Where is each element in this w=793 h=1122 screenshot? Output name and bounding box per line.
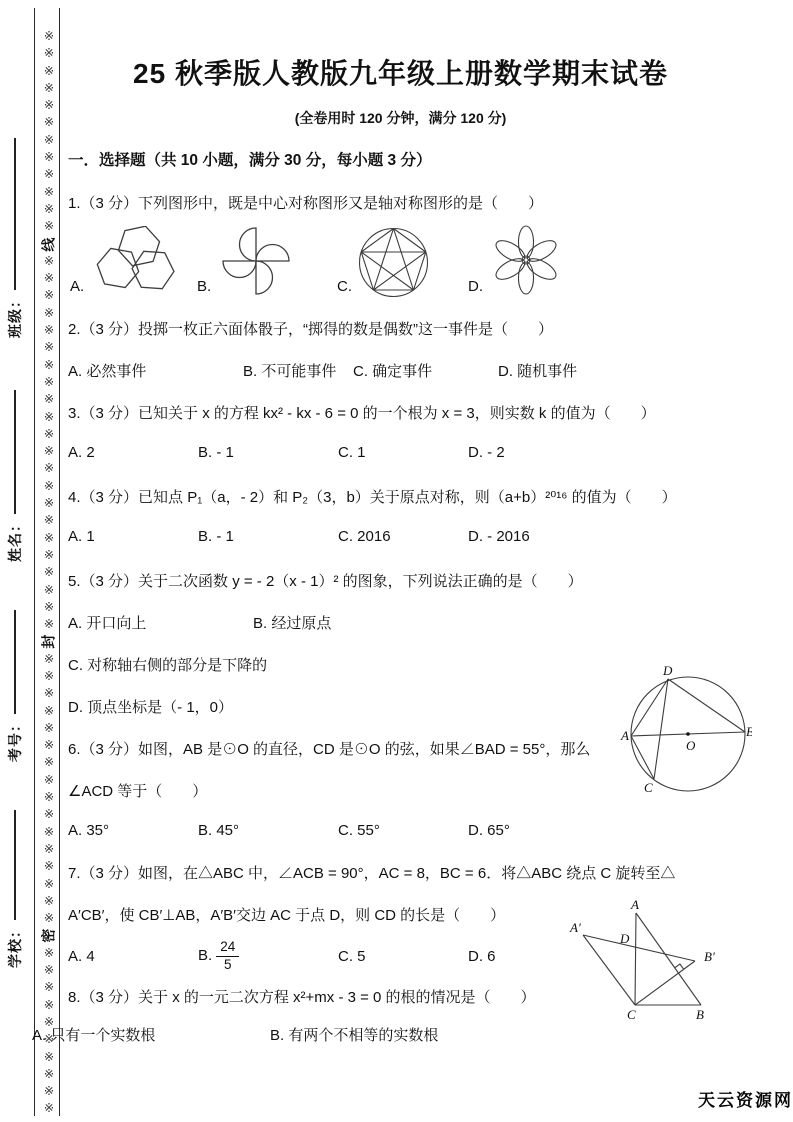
seal-mark: ※	[36, 443, 62, 460]
seal-marks-column: ※※※※※※※※※※※※线※※※※※※※※※※※※※※※※※※※※※※封※※※※…	[36, 28, 62, 1118]
seal-mark: ※	[36, 997, 62, 1014]
q8-option-b: B. 有两个不相等的实数根	[270, 1024, 438, 1045]
figure-q1-b-pinwheel	[220, 220, 292, 298]
q7-option-b-label: B.	[198, 947, 212, 964]
seal-mark: ※	[36, 806, 62, 823]
q5-option-a: A. 开口向上	[68, 612, 253, 633]
page-subtitle: (全卷用时 120 分钟，满分 120 分)	[68, 108, 733, 128]
q3-option-c: C. 1	[338, 444, 468, 461]
seal-mark: ※	[36, 495, 62, 512]
q3-option-d: D. - 2	[468, 444, 505, 461]
school-fill-line	[14, 810, 15, 920]
seal-mark: ※	[36, 184, 62, 201]
seal-mark: ※	[36, 305, 62, 322]
seal-mark: ※	[36, 270, 62, 287]
seal-mark: ※	[36, 391, 62, 408]
q6-option-d: D. 65°	[468, 822, 510, 839]
seal-mark: ※	[36, 322, 62, 339]
seal-mark: ※	[36, 1066, 62, 1083]
name-label: 姓名：	[5, 517, 25, 562]
figure-q1-c-pentagram	[356, 226, 432, 298]
exam-number-fill-line	[14, 610, 15, 714]
q6-point-a-label: A	[620, 728, 629, 743]
q2-option-a: A. 必然事件	[68, 360, 243, 381]
question-4-options: A. 1 B. - 1 C. 2016 D. - 2016	[68, 528, 530, 545]
seal-mark: ※	[36, 547, 62, 564]
question-2-text: 2.（3 分）投掷一枚正六面体骰子，“掷得的数是偶数”这一事件是（ ）	[68, 318, 553, 339]
school-label: 学校：	[5, 923, 25, 968]
seal-mark: ※	[36, 668, 62, 685]
seal-mark: ※	[36, 478, 62, 495]
fraction-denominator: 5	[216, 957, 239, 973]
seal-mark: ※	[36, 28, 62, 45]
seal-mark: ※	[36, 460, 62, 477]
q4-option-b: B. - 1	[198, 528, 338, 545]
question-7-options: A. 4 B.245 C. 5 D. 6	[68, 938, 496, 974]
seal-mark: ※	[36, 564, 62, 581]
seal-mark: ※	[36, 512, 62, 529]
figure-q6-circle-diagram: A B D C O	[620, 666, 752, 798]
question-7-text-line2: A′CB′，使 CB′⊥AB，A′B′交边 AC 于点 D，则 CD 的长是（ …	[68, 904, 505, 925]
seal-mark: ※	[36, 114, 62, 131]
q6-option-a: A. 35°	[68, 822, 198, 839]
figure-q1-a-hexagons	[93, 226, 179, 292]
seal-mark: ※	[36, 703, 62, 720]
seal-mark: ※	[36, 841, 62, 858]
seal-mark: ※	[36, 1100, 62, 1117]
q6-center-o-label: O	[686, 738, 696, 753]
q3-option-b: B. - 1	[198, 444, 338, 461]
seal-mark: ※	[36, 582, 62, 599]
watermark: 天云资源网	[698, 1086, 793, 1111]
q7-point-c-label: C	[627, 1007, 636, 1022]
exam-number-label: 考号：	[5, 717, 25, 762]
seal-char: 密	[40, 923, 57, 949]
seal-mark: ※	[36, 287, 62, 304]
q1-option-d-label: D.	[468, 278, 483, 295]
question-6-options: A. 35° B. 45° C. 55° D. 65°	[68, 822, 510, 839]
seal-mark: ※	[36, 754, 62, 771]
question-6-text-line2: ∠ACD 等于（ ）	[68, 780, 207, 801]
question-8-text: 8.（3 分）关于 x 的一元二次方程 x²+mx - 3 = 0 的根的情况是…	[68, 986, 536, 1007]
q5-option-b: B. 经过原点	[253, 612, 331, 633]
q2-option-c: C. 确定事件	[353, 360, 498, 381]
question-7-text-line1: 7.（3 分）如图，在△ABC 中，∠ACB = 90°，AC = 8，BC =…	[68, 862, 675, 883]
q4-option-d: D. - 2016	[468, 528, 530, 545]
seal-mark: ※	[36, 876, 62, 893]
q7-option-d: D. 6	[468, 948, 496, 965]
seal-mark: ※	[36, 426, 62, 443]
seal-mark: ※	[36, 824, 62, 841]
figure-q1-d-flower	[490, 220, 562, 300]
seal-mark: ※	[36, 357, 62, 374]
seal-mark: ※	[36, 685, 62, 702]
q4-option-a: A. 1	[68, 528, 198, 545]
q5-option-c: C. 对称轴右侧的部分是下降的	[68, 654, 267, 675]
seal-char: 线	[40, 231, 57, 257]
seal-mark: ※	[36, 166, 62, 183]
question-5-options-ab: A. 开口向上 B. 经过原点	[68, 612, 331, 633]
seal-mark: ※	[36, 63, 62, 80]
seal-mark: ※	[36, 599, 62, 616]
seal-mark: ※	[36, 530, 62, 547]
q7-option-c: C. 5	[338, 948, 468, 965]
class-label: 班级：	[5, 293, 25, 338]
question-5-text: 5.（3 分）关于二次函数 y = - 2（x - 1）² 的图象，下列说法正确…	[68, 570, 583, 591]
q6-point-b-label: B	[746, 724, 752, 739]
q6-point-d-label: D	[662, 666, 673, 678]
seal-mark: ※	[36, 201, 62, 218]
seal-mark: ※	[36, 339, 62, 356]
fraction-numerator: 24	[216, 940, 239, 957]
seal-mark: ※	[36, 737, 62, 754]
q1-option-a-label: A.	[70, 278, 84, 295]
seal-mark: ※	[36, 149, 62, 166]
exam-paper: { "page": { "title": "25 秋季版人教版九年级上册数学期末…	[0, 0, 793, 1122]
q6-option-c: C. 55°	[338, 822, 468, 839]
seal-mark: ※	[36, 80, 62, 97]
page-title: 25 秋季版人教版九年级上册数学期末试卷	[68, 52, 733, 92]
q2-option-d: D. 随机事件	[498, 360, 577, 381]
seal-mark: ※	[36, 979, 62, 996]
seal-mark: ※	[36, 858, 62, 875]
class-fill-line	[14, 138, 15, 290]
seal-mark: ※	[36, 45, 62, 62]
q8-option-a: A. 只有一个实数根	[32, 1024, 270, 1045]
q7-option-b: B.245	[198, 940, 338, 972]
seal-mark: ※	[36, 962, 62, 979]
q5-option-d: D. 顶点坐标是（- 1，0）	[68, 696, 233, 717]
q7-point-d-label: D	[619, 931, 630, 946]
sidebar-field-class: 班级：	[6, 138, 24, 338]
q7-point-b-label: B	[696, 1007, 704, 1022]
q6-option-b: B. 45°	[198, 822, 338, 839]
q3-option-a: A. 2	[68, 444, 198, 461]
q4-option-c: C. 2016	[338, 528, 468, 545]
sidebar-field-school: 学校：	[6, 810, 24, 968]
q1-option-b-label: B.	[197, 278, 211, 295]
figure-q7-triangle-diagram: A A′ D B′ C B	[568, 898, 793, 1022]
seal-mark: ※	[36, 409, 62, 426]
seal-mark: ※	[36, 772, 62, 789]
question-4-text: 4.（3 分）已知点 P₁（a，- 2）和 P₂（3，b）关于原点对称，则（a+…	[68, 486, 677, 507]
seal-mark: ※	[36, 374, 62, 391]
question-6-text-line1: 6.（3 分）如图，AB 是⊙O 的直径，CD 是⊙O 的弦，如果∠BAD = …	[68, 738, 590, 759]
q7-option-b-fraction: 245	[216, 940, 239, 972]
q1-option-c-label: C.	[337, 278, 352, 295]
seal-char: 封	[40, 629, 57, 655]
question-3-text: 3.（3 分）已知关于 x 的方程 kx² - kx - 6 = 0 的一个根为…	[68, 402, 656, 423]
q7-point-b-prime-label: B′	[704, 949, 715, 964]
question-8-options: A. 只有一个实数根 B. 有两个不相等的实数根	[32, 1024, 438, 1045]
sidebar-field-number: 考号：	[6, 610, 24, 762]
seal-mark: ※	[36, 789, 62, 806]
seal-mark: ※	[36, 132, 62, 149]
question-1-text: 1.（3 分）下列图形中，既是中心对称图形又是轴对称图形的是（ ）	[68, 192, 543, 213]
seal-mark: ※	[36, 720, 62, 737]
sidebar-field-name: 姓名：	[6, 390, 24, 562]
seal-mark: ※	[36, 1049, 62, 1066]
q6-point-c-label: C	[644, 780, 653, 795]
seal-mark: ※	[36, 1083, 62, 1100]
section-heading: 一．选择题（共 10 小题，满分 30 分，每小题 3 分）	[68, 148, 431, 170]
q7-point-a-prime-label: A′	[569, 920, 581, 935]
q2-option-b: B. 不可能事件	[243, 360, 353, 381]
seal-mark: ※	[36, 893, 62, 910]
question-3-options: A. 2 B. - 1 C. 1 D. - 2	[68, 444, 505, 461]
q7-option-a: A. 4	[68, 948, 198, 965]
question-2-options: A. 必然事件 B. 不可能事件 C. 确定事件 D. 随机事件	[68, 360, 577, 381]
name-fill-line	[14, 390, 15, 514]
q7-point-a-label: A	[630, 898, 639, 912]
seal-mark: ※	[36, 97, 62, 114]
